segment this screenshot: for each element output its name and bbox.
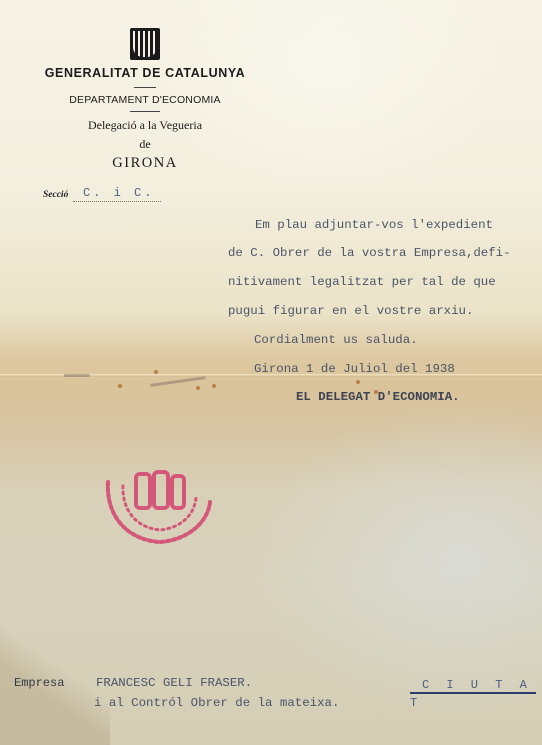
rust-spot xyxy=(212,384,216,388)
section-value: C. i C. xyxy=(73,186,161,202)
date-line: Girona 1 de Juliol del 1938 xyxy=(254,362,455,376)
recipient-city-box: C I U T A T xyxy=(410,675,536,694)
closing-line: Cordialment us saluda. xyxy=(254,333,418,347)
shield-stripes xyxy=(133,31,157,57)
delegation-name: Delegació a la Vegueria xyxy=(30,118,260,133)
body-line: nitivament legalitzat per tal de que xyxy=(228,275,496,289)
signature-line: EL DELEGAT D'ECONOMIA. xyxy=(296,390,460,404)
divider xyxy=(130,111,160,112)
ink-smudge xyxy=(64,374,90,377)
official-stamp-icon xyxy=(98,462,220,552)
department-name: DEPARTAMENT D'ECONOMIA xyxy=(30,94,260,106)
letterhead: GENERALITAT DE CATALUNYA DEPARTAMENT D'E… xyxy=(30,28,260,172)
body-line: pugui figurar en el vostre arxiu. xyxy=(228,304,473,318)
rust-spot xyxy=(154,370,158,374)
body-line: de C. Obrer de la vostra Empresa,defi- xyxy=(228,246,511,260)
preposition: de xyxy=(30,137,260,152)
section-label: Secció xyxy=(43,190,68,200)
rust-spot xyxy=(196,386,200,390)
rust-spot xyxy=(356,380,360,384)
recipient-label: Empresa xyxy=(14,676,64,690)
letterhead-city: GIRONA xyxy=(30,155,260,172)
recipient-name: FRANCESC GELI FRASER. xyxy=(96,676,252,690)
rust-spot xyxy=(118,384,122,388)
organization-name: GENERALITAT DE CATALUNYA xyxy=(30,66,260,80)
recipient-line2: i al Contról Obrer de la mateixa. xyxy=(94,696,339,710)
body-line: Em plau adjuntar-vos l'expedient xyxy=(255,218,493,232)
catalan-shield-icon xyxy=(130,28,160,60)
divider xyxy=(134,87,156,88)
